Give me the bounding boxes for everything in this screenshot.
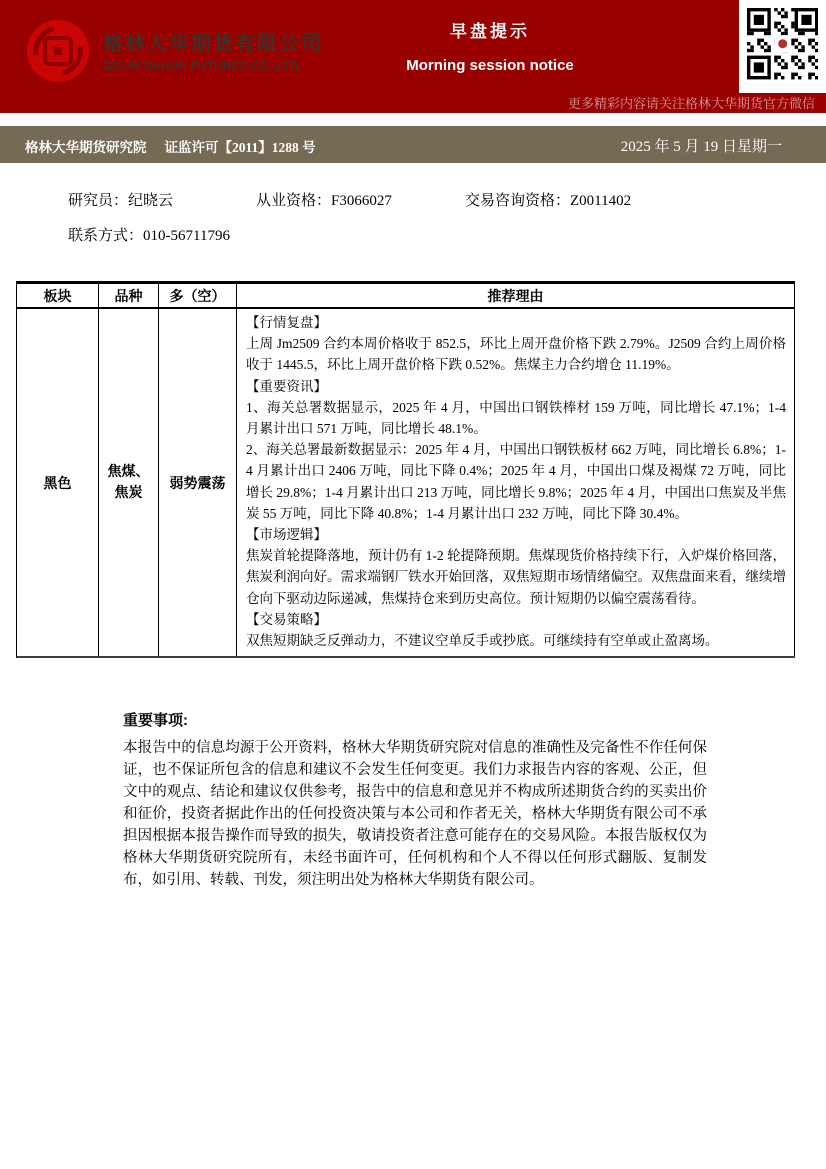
- institute-name: 格林大华期货研究院: [25, 140, 147, 155]
- section-paragraph: 2、海关总署最新数据显示：2025 年 4 月，中国出口钢铁板材 662 万吨，…: [246, 439, 786, 524]
- wechat-qr-code-icon: [739, 0, 826, 93]
- section-paragraph: 1、海关总署数据显示，2025 年 4 月，中国出口钢铁棒材 159 万吨，同比…: [246, 397, 786, 439]
- report-page: 格林大华期货有限公司 GELIN DAHUA FUTURES CO.,LTD. …: [0, 0, 826, 1169]
- table-header-row: 板块 品种 多（空） 推荐理由: [16, 284, 795, 309]
- company-name-en: GELIN DAHUA FUTURES CO.,LTD.: [103, 61, 323, 73]
- section-paragraph: 上周 Jm2509 合约本周价格收于 852.5，环比上周开盘价格下跌 2.79…: [246, 333, 786, 375]
- section-heading: 【行情复盘】: [246, 312, 786, 333]
- researcher-name: 研究员：纪晓云: [68, 189, 173, 210]
- position-cell: 弱势震荡: [159, 309, 237, 656]
- institute-bar: 格林大华期货研究院证监许可【2011】1288 号 2025 年 5 月 19 …: [0, 126, 826, 163]
- report-title-en: Morning session notice: [330, 57, 650, 74]
- masthead: 格林大华期货有限公司 GELIN DAHUA FUTURES CO.,LTD. …: [0, 0, 826, 113]
- institute-license: 格林大华期货研究院证监许可【2011】1288 号: [25, 136, 316, 156]
- license-number: 证监许可【2011】1288 号: [165, 140, 316, 155]
- company-name-cn: 格林大华期货有限公司: [103, 27, 323, 56]
- table-row: 黑色 焦煤、焦炭 弱势震荡 【行情复盘】上周 Jm2509 合约本周价格收于 8…: [16, 309, 795, 658]
- report-title-block: 早盘提示 Morning session notice: [330, 17, 650, 74]
- variety-text: 焦煤、焦炭: [104, 462, 154, 504]
- section-heading: 【重要资讯】: [246, 376, 786, 397]
- report-date: 2025 年 5 月 19 日星期一: [621, 135, 782, 156]
- company-block: 格林大华期货有限公司 GELIN DAHUA FUTURES CO.,LTD.: [103, 27, 323, 73]
- reason-sections: 【行情复盘】上周 Jm2509 合约本周价格收于 852.5，环比上周开盘价格下…: [237, 309, 794, 656]
- researcher-advisory-qualification: 交易咨询资格：Z0011402: [465, 189, 631, 210]
- researcher-qualification: 从业资格：F3066027: [256, 189, 392, 210]
- disclaimer-heading: 重要事项:: [123, 709, 707, 730]
- company-logo-icon: [26, 19, 90, 83]
- section-paragraph: 双焦短期缺乏反弹动力，不建议空单反手或抄底。可继续持有空单或止盈离场。: [246, 630, 786, 651]
- wechat-note: 更多精彩内容请关注格林大华期货官方微信: [568, 93, 815, 112]
- variety-cell: 焦煤、焦炭: [99, 309, 159, 656]
- column-header-variety: 品种: [99, 284, 159, 307]
- section-heading: 【市场逻辑】: [246, 524, 786, 545]
- section-paragraph: 焦炭首轮提降落地，预计仍有 1-2 轮提降预期。焦煤现货价格持续下行，入炉煤价格…: [246, 545, 786, 609]
- reason-cell: 【行情复盘】上周 Jm2509 合约本周价格收于 852.5，环比上周开盘价格下…: [237, 309, 795, 656]
- recommendation-table: 板块 品种 多（空） 推荐理由 黑色 焦煤、焦炭 弱势震荡 【行情复盘】上周 J…: [16, 281, 795, 658]
- disclaimer-block: 重要事项: 本报告中的信息均源于公开资料，格林大华期货研究院对信息的准确性及完备…: [123, 709, 707, 891]
- column-header-reason: 推荐理由: [237, 284, 795, 307]
- column-header-sector: 板块: [17, 284, 99, 307]
- sector-cell: 黑色: [17, 309, 99, 656]
- section-heading: 【交易策略】: [246, 609, 786, 630]
- disclaimer-body: 本报告中的信息均源于公开资料，格林大华期货研究院对信息的准确性及完备性不作任何保…: [123, 737, 707, 891]
- researcher-contact: 联系方式：010-56711796: [68, 224, 230, 245]
- report-title-cn: 早盘提示: [330, 17, 650, 42]
- column-header-position: 多（空）: [159, 284, 237, 307]
